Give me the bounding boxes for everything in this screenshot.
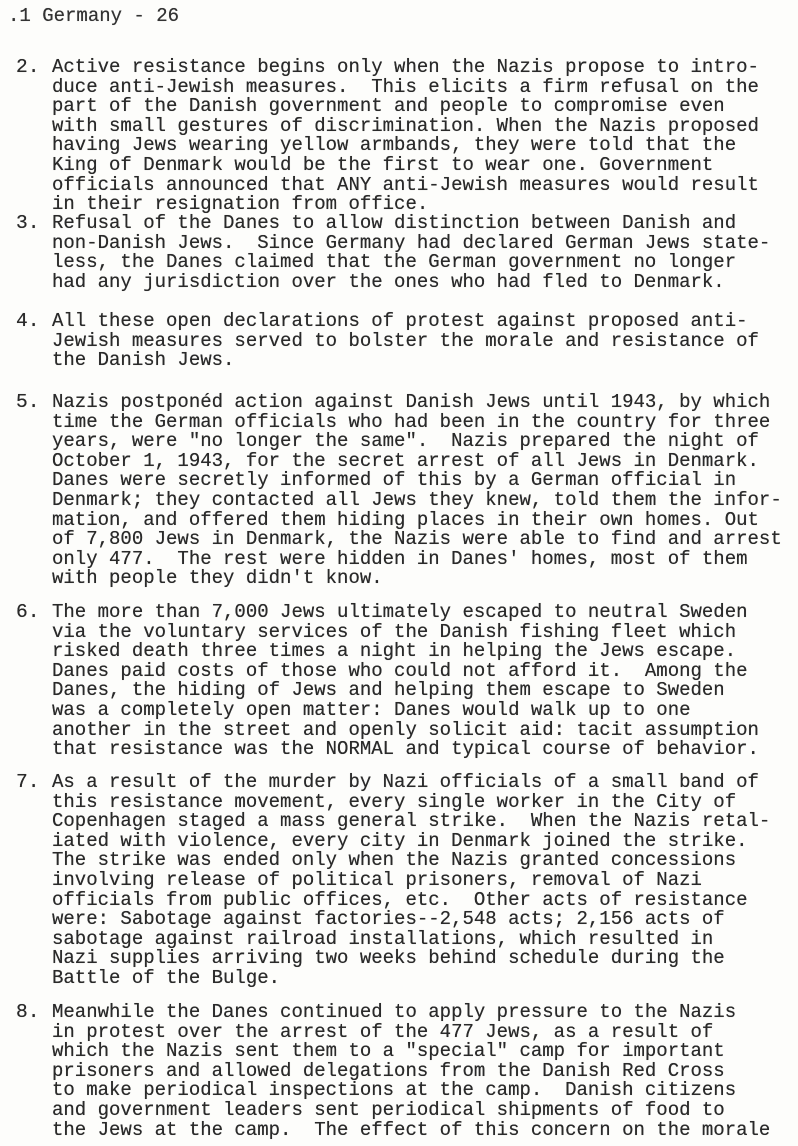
text-line: and government leaders sent periodical s… [52,1101,770,1121]
text-line: King of Denmark would be the first to we… [52,156,759,176]
text-line: was a completely open matter: Danes woul… [52,701,759,721]
item-text: As a result of the murder by Nazi offici… [52,773,770,989]
item-number: 2. [16,58,39,78]
page-header: .1 Germany - 26 [8,6,179,26]
item-number: 5. [16,393,39,413]
text-line: the Jews at the camp. The effect of this… [52,1121,770,1141]
item-number: 8. [16,1003,39,1023]
text-line: Battle of the Bulge. [52,969,770,989]
item-text: Active reѕistance begins only when the N… [52,58,759,215]
text-line: part of the Danish government and people… [52,97,759,117]
text-line: involving release of political prisoners… [52,871,770,891]
text-line: risked death three times a night in help… [52,642,759,662]
item-text: Meanwhile the Danes continued to apply p… [52,1003,770,1140]
text-line: years, were "no longer the same". Nazis … [52,432,782,452]
text-line: Nazis postponéd action against Danish Je… [52,393,782,413]
text-line: of 7,800 Jews in Denmark, the Nazis were… [52,530,782,550]
item-number: 7. [16,773,39,793]
text-line: As a result of the murder by Nazi offici… [52,773,770,793]
text-line: which the Nazis sent them to a "special"… [52,1042,770,1062]
text-line: that resistance was the NORMAL and typic… [52,740,759,760]
text-line: Refusal of the Danes to allow distinctio… [52,214,770,234]
text-line: the Danish Jews. [52,351,759,371]
text-line: Active reѕistance begins only when the N… [52,58,759,78]
item-text: Refusal of the Danes to allow distinctio… [52,214,770,292]
item-number: 6. [16,603,39,623]
item-text: All these open declarations of protest a… [52,312,759,371]
text-line: Meanwhile the Danes continued to apply p… [52,1003,770,1023]
document-page: .1 Germany - 26 2. Active reѕistance beg… [0,0,798,1146]
text-line: Denmark; they contacted all Jews they kn… [52,491,782,511]
item-number: 3. [16,214,39,234]
item-text: Nazis postponéd action against Danish Je… [52,393,782,589]
text-line: had any jurisdiction over the ones who h… [52,273,770,293]
item-text: The more than 7,000 Jews ultimately esca… [52,603,759,760]
text-line: All these open declarations of protest a… [52,312,759,332]
text-line: were: Sabotage against factories--2,548 … [52,910,770,930]
text-line: The more than 7,000 Jews ultimately esca… [52,603,759,623]
text-line: Copenhagen staged a mass general strike.… [52,812,770,832]
text-line: with people they didn't know. [52,569,782,589]
text-line: Nazi supplies arriving two weeks behind … [52,949,770,969]
item-number: 4. [16,312,39,332]
text-line: less, the Danes claimed that the German … [52,253,770,273]
